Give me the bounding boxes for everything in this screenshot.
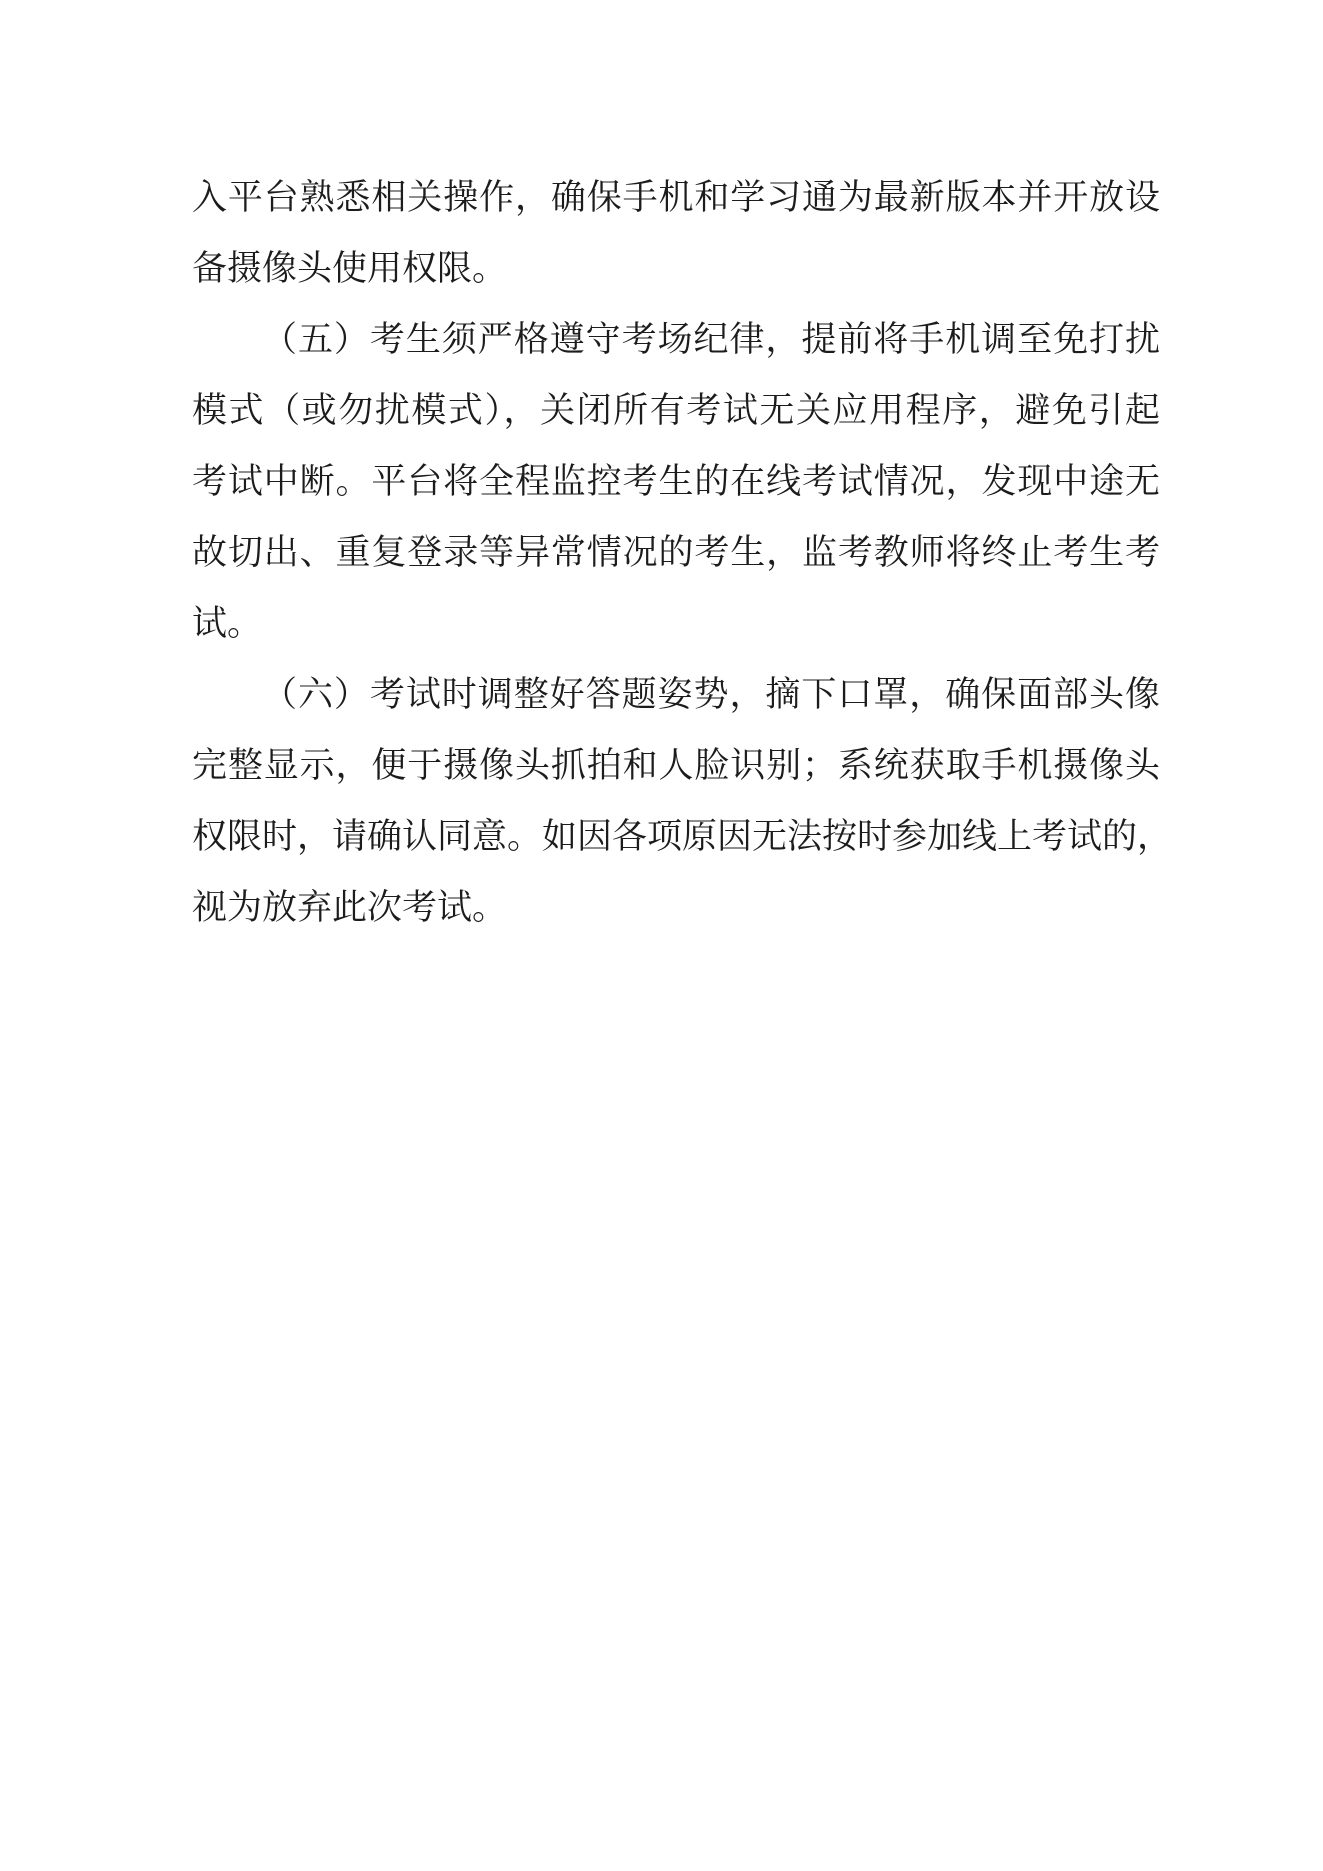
document-line: 考试中断。平台将全程监控考生的在线考试情况，发现中途无	[192, 446, 1160, 517]
paragraph-continuation: 入平台熟悉相关操作，确保手机和学习通为最新版本并开放设 备摄像头使用权限。	[192, 162, 1160, 304]
document-line: 模式（或勿扰模式），关闭所有考试无关应用程序，避免引起	[192, 375, 1160, 446]
document-line: 权限时，请确认同意。如因各项原因无法按时参加线上考试的，	[192, 801, 1160, 872]
document-line: （五）考生须严格遵守考场纪律，提前将手机调至免打扰	[192, 304, 1160, 375]
document-line: 试。	[192, 588, 1160, 659]
document-line: 完整显示，便于摄像头抓拍和人脸识别；系统获取手机摄像头	[192, 730, 1160, 801]
document-line: （六）考试时调整好答题姿势，摘下口罩，确保面部头像	[192, 659, 1160, 730]
paragraph-item-6: （六）考试时调整好答题姿势，摘下口罩，确保面部头像 完整显示，便于摄像头抓拍和人…	[192, 659, 1160, 943]
paragraph-item-5: （五）考生须严格遵守考场纪律，提前将手机调至免打扰 模式（或勿扰模式），关闭所有…	[192, 304, 1160, 659]
document-line: 故切出、重复登录等异常情况的考生，监考教师将终止考生考	[192, 517, 1160, 588]
document-line: 视为放弃此次考试。	[192, 872, 1160, 943]
document-line: 入平台熟悉相关操作，确保手机和学习通为最新版本并开放设	[192, 162, 1160, 233]
document-page: 入平台熟悉相关操作，确保手机和学习通为最新版本并开放设 备摄像头使用权限。 （五…	[0, 0, 1323, 1871]
document-line: 备摄像头使用权限。	[192, 233, 1160, 304]
text-block: 入平台熟悉相关操作，确保手机和学习通为最新版本并开放设 备摄像头使用权限。 （五…	[192, 162, 1160, 943]
